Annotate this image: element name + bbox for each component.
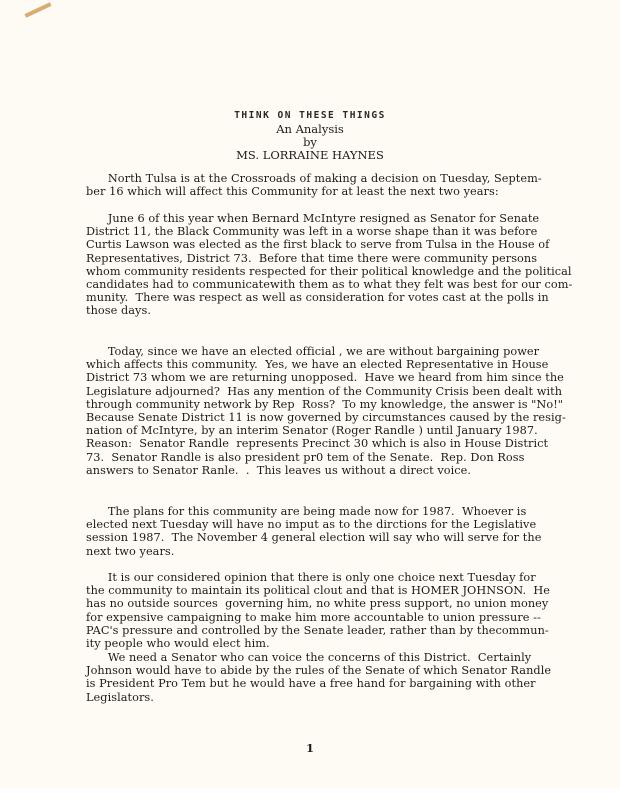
- paragraph: We need a Senator who can voice the conc…: [86, 651, 586, 704]
- paragraph: The plans for this community are being m…: [86, 505, 586, 558]
- scan-border: [0, 788, 620, 800]
- document-subtitle: An Analysis: [0, 122, 620, 136]
- document-title: THINK ON THESE THINGS: [0, 110, 620, 121]
- page-number: 1: [0, 741, 620, 755]
- paragraph: North Tulsa is at the Crossroads of maki…: [86, 172, 586, 198]
- author-name: MS. LORRAINE HAYNES: [0, 148, 620, 162]
- byline-by: by: [0, 135, 620, 149]
- paragraph: It is our considered opinion that there …: [86, 571, 586, 650]
- paragraph: June 6 of this year when Bernard McIntyr…: [86, 212, 586, 318]
- paragraph: Today, since we have an elected official…: [86, 345, 586, 477]
